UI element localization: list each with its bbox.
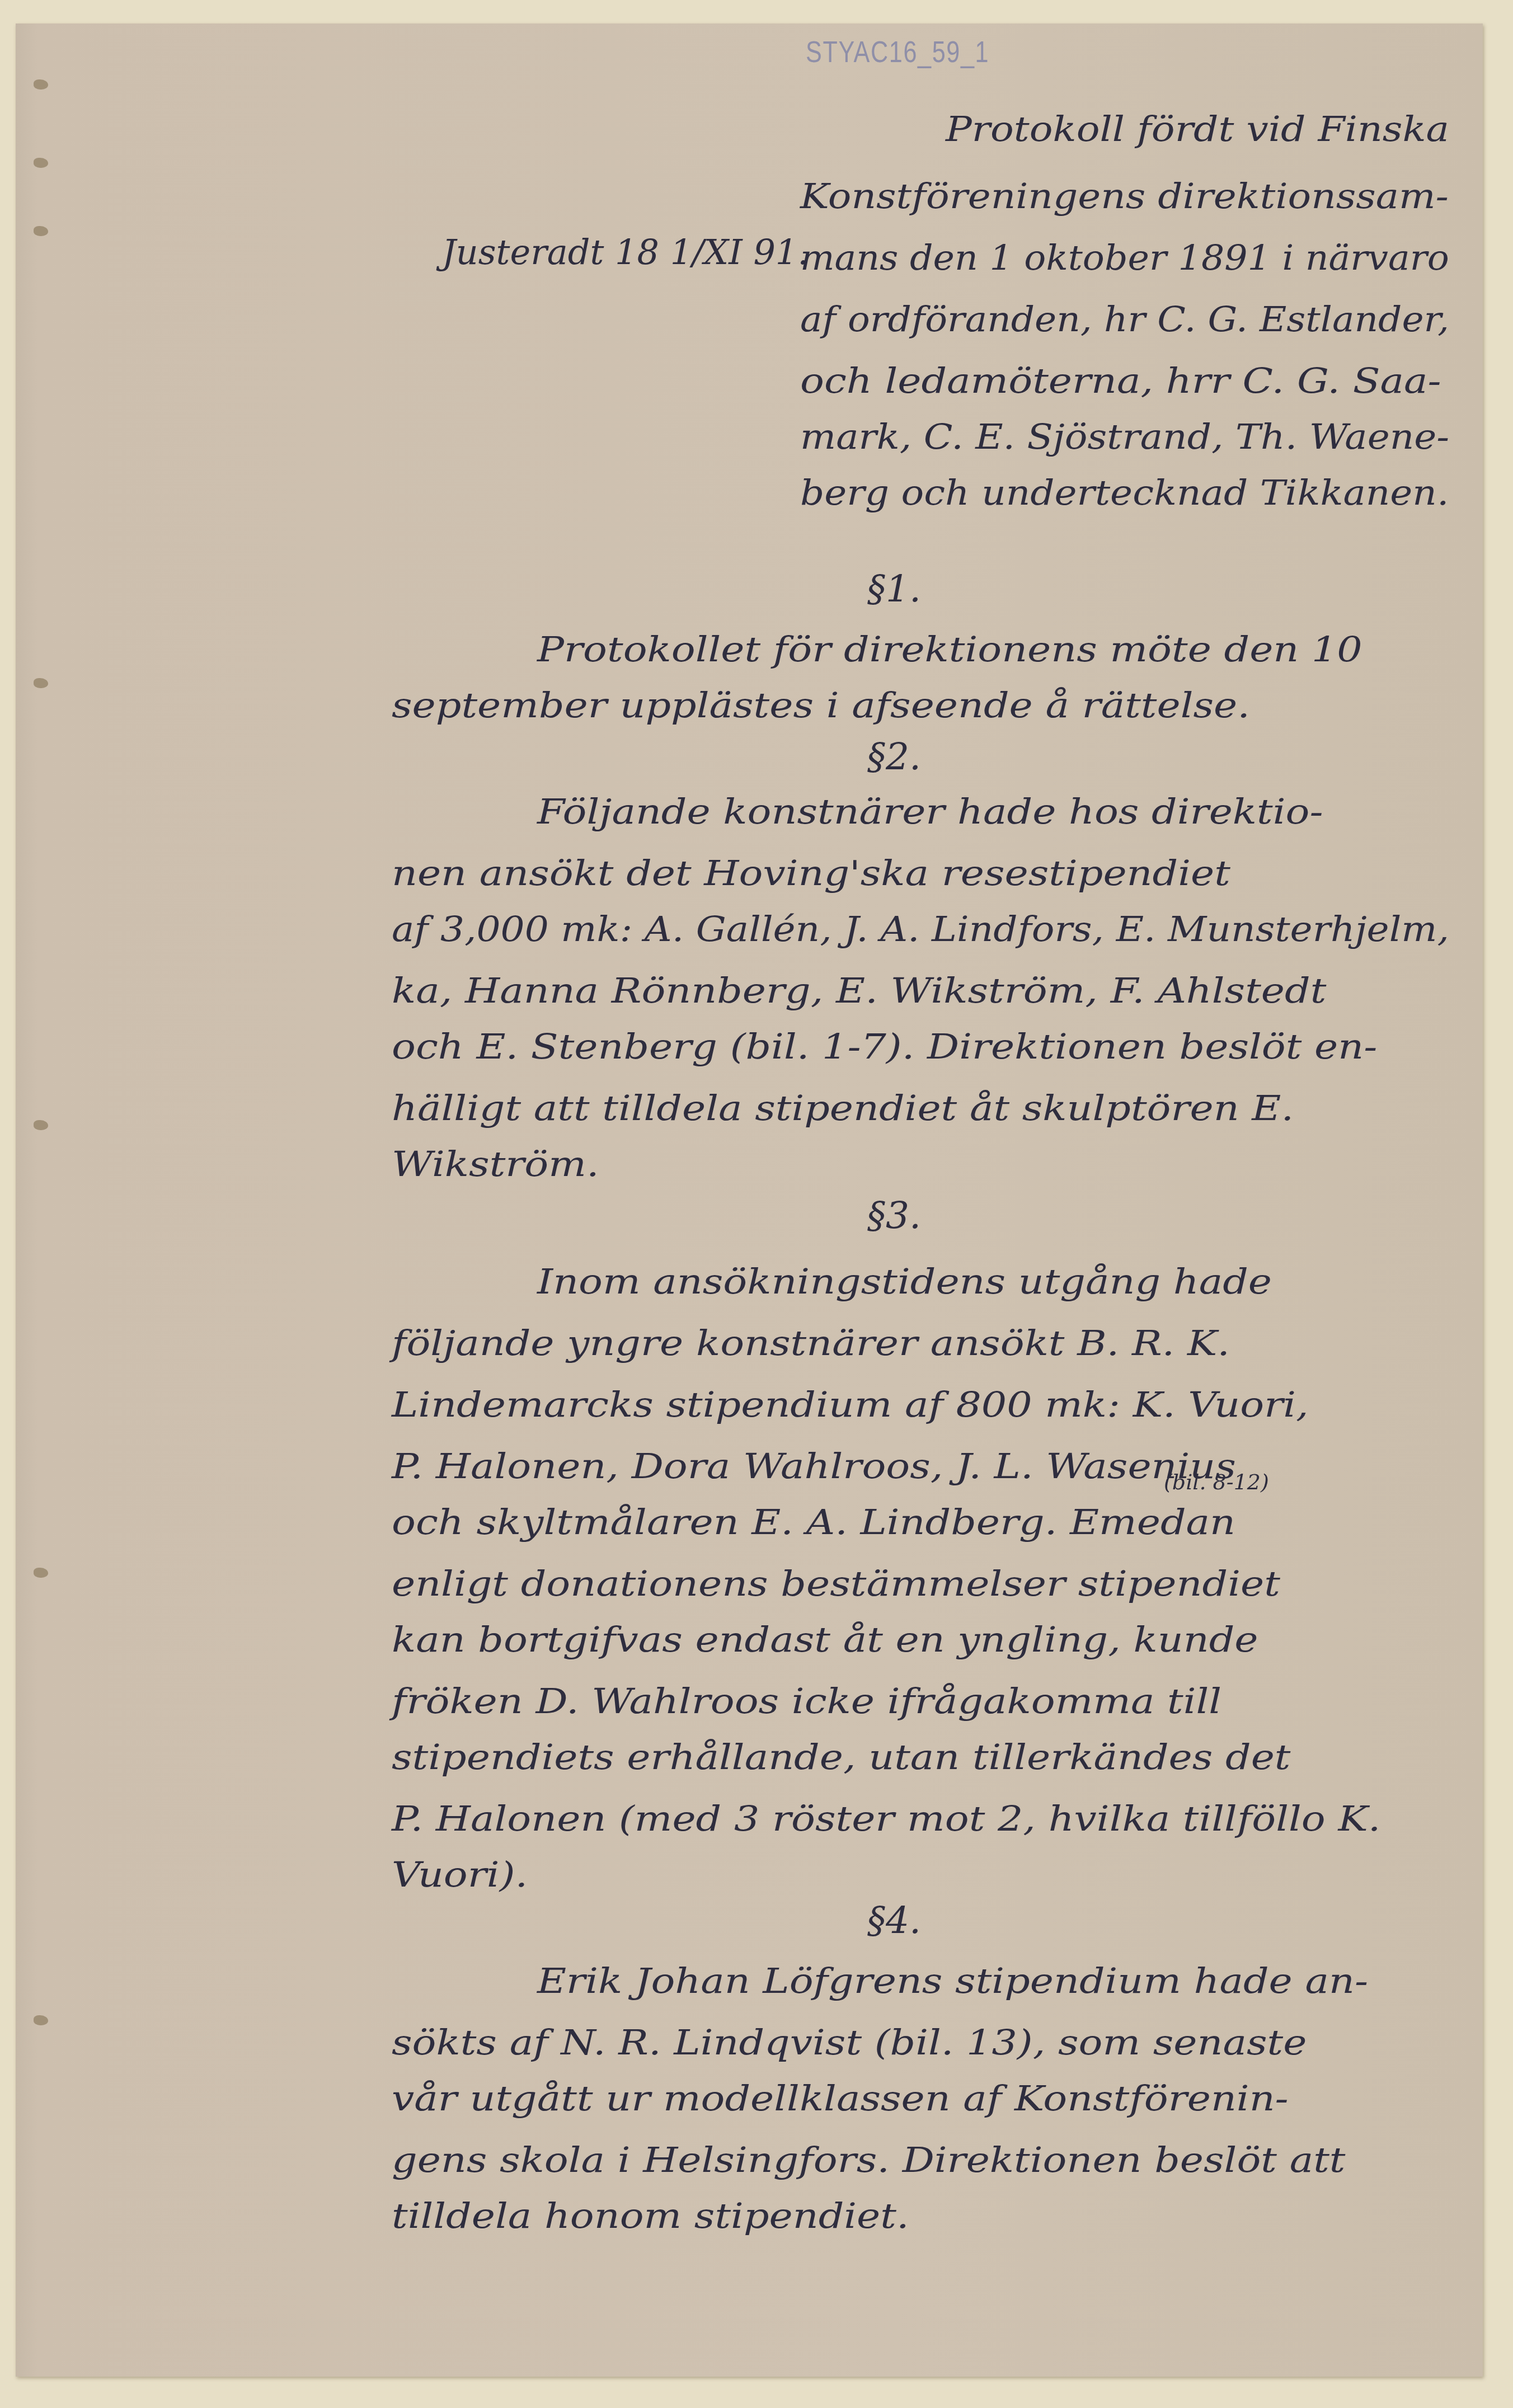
section-3-line: fröken D. Wahlroos icke ifrågakomma till	[392, 1684, 1221, 1719]
header-line: Konstföreningens direktionssam-	[800, 179, 1449, 214]
section-4-line: tilldela honom stipendiet.	[392, 2199, 909, 2233]
section-2-line: Följande konstnärer hade hos direktio-	[537, 794, 1323, 829]
section-3-line: enligt donationens bestämmelser stipendi…	[392, 1567, 1280, 1601]
section-1-line: september upplästes i afseende å rättels…	[392, 688, 1250, 723]
section-3-line: följande yngre konstnärer ansökt B. R. K…	[392, 1326, 1230, 1361]
section-heading-2: §2.	[867, 739, 921, 775]
binding-hole	[34, 2015, 48, 2025]
section-2-line: nen ansökt det Hoving'ska resestipendiet	[392, 856, 1230, 891]
section-2-line: hälligt att tilldela stipendiet åt skulp…	[392, 1091, 1294, 1126]
section-heading-4: §4.	[867, 1902, 921, 1939]
header-line: mark, C. E. Sjöstrand, Th. Waene-	[800, 420, 1449, 454]
insertion-annotation: (bil. 8-12)	[1164, 1471, 1269, 1493]
binding-hole	[34, 158, 48, 168]
binding-hole	[34, 678, 48, 688]
header-line: Protokoll fördt vid Finska	[946, 112, 1449, 147]
section-2-line: och E. Stenberg (bil. 1-7). Direktionen …	[392, 1029, 1377, 1064]
header-line: berg och undertecknad Tikkanen.	[800, 476, 1449, 510]
section-3-line: kan bortgifvas endast åt en yngling, kun…	[392, 1622, 1258, 1657]
section-3-line: Lindemarcks stipendium af 800 mk: K. Vuo…	[392, 1388, 1309, 1422]
section-2-line: af 3,000 mk: A. Gallén, J. A. Lindfors, …	[392, 912, 1449, 947]
section-1-line: Protokollet för direktionens möte den 10	[537, 632, 1362, 667]
margin-note-adjusted: Justeradt 18 1/XI 91.	[442, 235, 809, 270]
binding-hole	[34, 1568, 48, 1578]
section-heading-1: §1.	[867, 571, 921, 608]
header-line: och ledamöterna, hrr C. G. Saa-	[800, 364, 1441, 398]
section-3-line: P. Halonen (med 3 röster mot 2, hvilka t…	[392, 1802, 1380, 1836]
binding-hole	[34, 226, 48, 236]
section-4-line: sökts af N. R. Lindqvist (bil. 13), som …	[392, 2025, 1307, 2060]
header-line: af ordföranden, hr C. G. Estlander,	[800, 302, 1449, 337]
section-3-line: och skyltmålaren E. A. Lindberg. Emedan	[392, 1505, 1235, 1540]
header-line: mans den 1 oktober 1891 i närvaro	[800, 241, 1449, 275]
binding-hole	[34, 1120, 48, 1130]
section-3-line: P. Halonen, Dora Wahlroos, J. L. Waseniu…	[392, 1449, 1236, 1484]
binding-hole	[34, 79, 48, 90]
section-4-line: vår utgått ur modellklassen af Konstföre…	[392, 2081, 1289, 2116]
section-4-line: Erik Johan Löfgrens stipendium hade an-	[537, 1964, 1368, 1998]
section-heading-3: §3.	[867, 1197, 921, 1234]
section-4-line: gens skola i Helsingfors. Direktionen be…	[392, 2143, 1345, 2177]
section-2-line: Wikström.	[392, 1147, 599, 1182]
archive-stamp: STYAC16_59_1	[806, 35, 989, 69]
section-2-line: ka, Hanna Rönnberg, E. Wikström, F. Ahls…	[392, 973, 1326, 1008]
section-3-line: Vuori).	[392, 1857, 528, 1892]
section-3-line: Inom ansökningstidens utgång hade	[537, 1264, 1272, 1299]
section-3-line: stipendiets erhållande, utan tillerkände…	[392, 1740, 1290, 1775]
